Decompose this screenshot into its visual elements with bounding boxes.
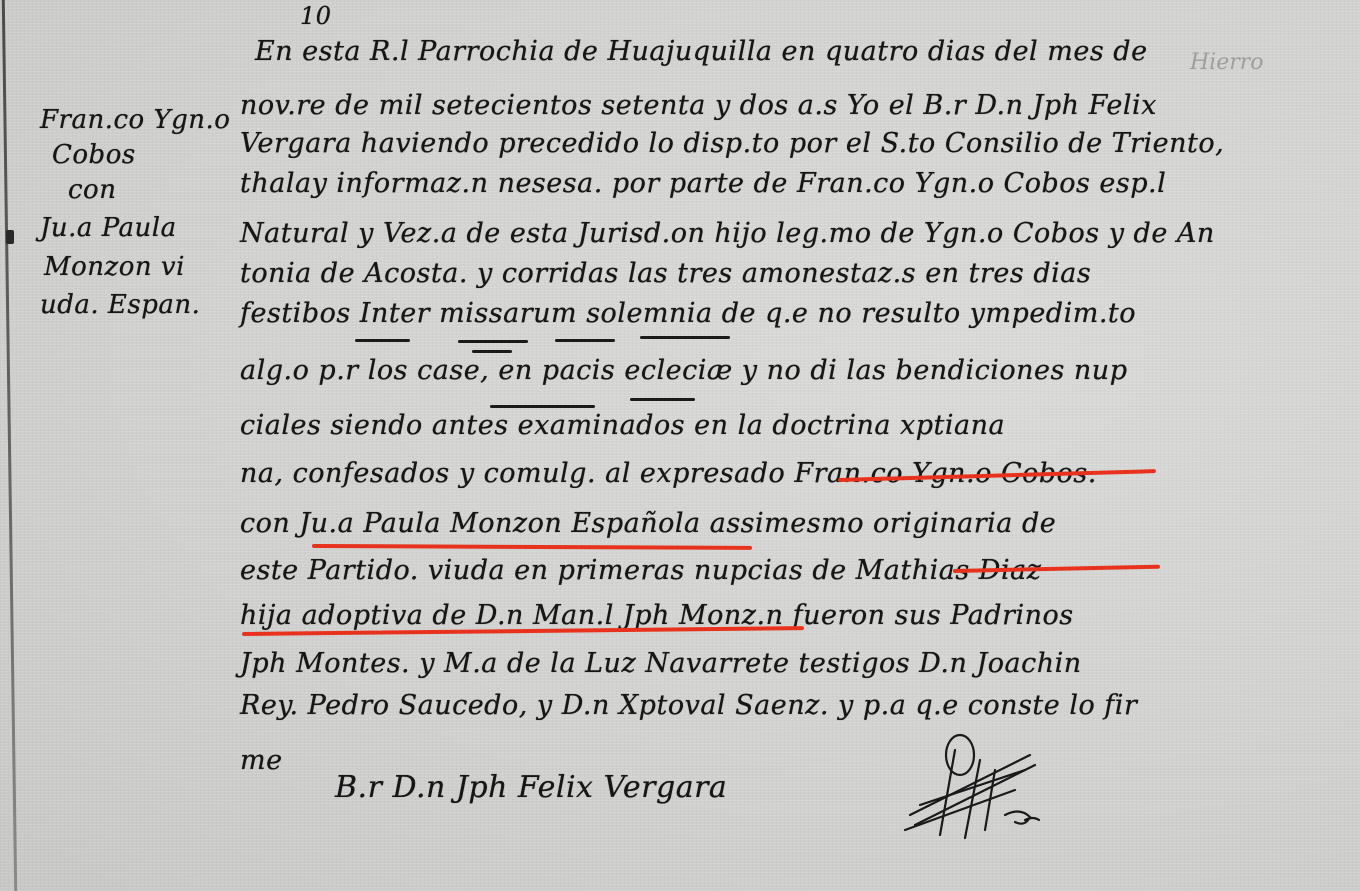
body-line: Vergara haviendo precedido lo disp.to po…	[240, 128, 1224, 159]
margin-line: Cobos	[52, 140, 136, 170]
ink-underline-solemnia-2	[640, 336, 730, 339]
ink-underline-en-pacis	[490, 405, 595, 408]
margin-line: Ju.a Paula	[40, 213, 177, 243]
ink-underline-missarum	[458, 340, 528, 343]
body-line: Jph Montes. y M.a de la Luz Navarrete te…	[240, 648, 1082, 679]
margin-line: Fran.co Ygn.o	[40, 105, 230, 135]
highlight-underline-bride	[312, 544, 752, 550]
signature: B.r D.n Jph Felix Vergara	[335, 770, 727, 805]
body-line: con Ju.a Paula Monzon Española assimesmo…	[240, 508, 1056, 539]
body-line: me	[240, 745, 283, 776]
folio-number: 10	[300, 2, 332, 30]
body-line: tonia de Acosta. y corridas las tres amo…	[240, 258, 1091, 289]
rubric-flourish-icon	[895, 730, 1045, 840]
ink-underline-missarum-2	[472, 350, 512, 353]
ink-underline-eclecie	[630, 398, 695, 401]
body-line: nov.re de mil setecientos setenta y dos …	[240, 90, 1157, 121]
margin-line: Monzon vi	[44, 252, 185, 282]
margin-line: con	[68, 175, 116, 205]
body-line: ciales siendo antes examinados en la doc…	[240, 410, 1005, 441]
ink-underline-solemnia	[555, 339, 615, 342]
body-line: En esta R.l Parrochia de Huajuquilla en …	[255, 36, 1148, 67]
body-line: hija adoptiva de D.n Man.l Jph Monz.n fu…	[240, 600, 1074, 631]
binding-edge	[2, 0, 17, 891]
binding-notch	[6, 230, 14, 244]
body-line: Rey. Pedro Saucedo, y D.n Xptoval Saenz.…	[240, 690, 1137, 721]
margin-line: uda. Espan.	[40, 290, 200, 320]
manuscript-page: Hierro 10 Fran.co Ygn.o Cobos con Ju.a P…	[0, 0, 1360, 891]
ink-underline-inter	[355, 339, 410, 342]
body-line: alg.o p.r los case, en pacis ecleciæ y n…	[240, 355, 1127, 386]
body-line: thalay informaz.n nesesa. por parte de F…	[240, 168, 1166, 199]
body-line: festibos Inter missarum solemnia de q.e …	[240, 298, 1136, 329]
body-line: este Partido. viuda en primeras nupcias …	[240, 555, 1041, 586]
body-line: Natural y Vez.a de esta Jurisd.on hijo l…	[240, 218, 1215, 249]
